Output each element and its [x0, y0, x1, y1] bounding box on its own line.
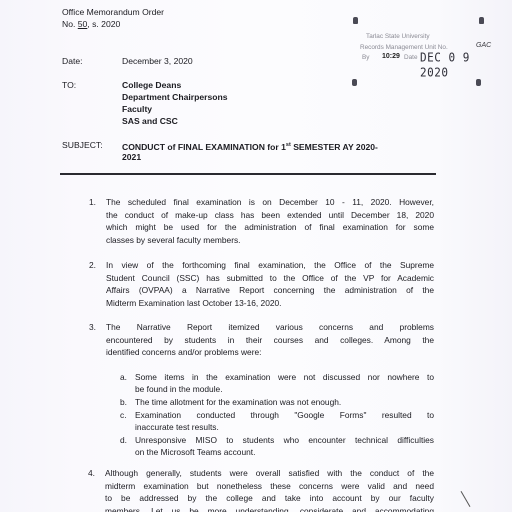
paragraph-2: 2. In view of the forthcoming final exam…: [106, 259, 434, 309]
memorandum-page: Office Memorandum Order No. 50, s. 2020 …: [0, 0, 512, 512]
date-label: Date:: [62, 56, 83, 67]
divider: [60, 173, 436, 175]
received-stamp: Tarlac State University Records Manageme…: [360, 30, 495, 80]
recipient: College Deans: [122, 80, 181, 91]
stamp-date-label: Date: [404, 54, 418, 61]
sub-item-c: c. Examination conducted through "Google…: [135, 409, 434, 433]
pin-icon: [352, 79, 357, 86]
paragraph-3: 3. The Narrative Report itemized various…: [106, 321, 434, 359]
stamp-university: Tarlac State University: [366, 33, 430, 40]
date-value: December 3, 2020: [122, 56, 193, 67]
stamp-date: DEC 0 9 2020: [420, 50, 495, 80]
to-label: TO:: [62, 80, 76, 91]
subject-label: SUBJECT:: [62, 140, 103, 151]
stamp-time: 10:29: [382, 53, 400, 60]
subject-line-1: CONDUCT of FINAL EXAMINATION for 1st SEM…: [122, 140, 378, 153]
stamp-handwritten-no: GAC: [476, 42, 491, 49]
pin-icon: [476, 79, 481, 86]
memo-no-prefix: No.: [62, 19, 75, 29]
pin-icon: [353, 17, 358, 24]
sub-item-d: d. Unresponsive MISO to students who enc…: [135, 434, 434, 458]
subject-line-2: 2021: [122, 152, 141, 163]
stamp-by: By: [362, 54, 369, 61]
pen-mark: [461, 491, 471, 507]
memo-no-value: 50: [78, 19, 88, 29]
recipient: Department Chairpersons: [122, 92, 228, 103]
recipient: SAS and CSC: [122, 116, 178, 127]
pin-icon: [479, 17, 484, 24]
memo-number: No. 50, s. 2020: [62, 19, 120, 30]
sub-item-a: a. Some items in the examination were no…: [135, 371, 434, 395]
paragraph-1: 1. The scheduled final examination is on…: [106, 196, 434, 246]
sub-item-b: b. The time allotment for the examinatio…: [135, 396, 434, 408]
memo-series: , s. 2020: [87, 19, 120, 29]
recipient: Faculty: [122, 104, 152, 115]
memo-title: Office Memorandum Order: [62, 7, 164, 18]
paragraph-4: 4. Although generally, students were ove…: [105, 467, 434, 512]
